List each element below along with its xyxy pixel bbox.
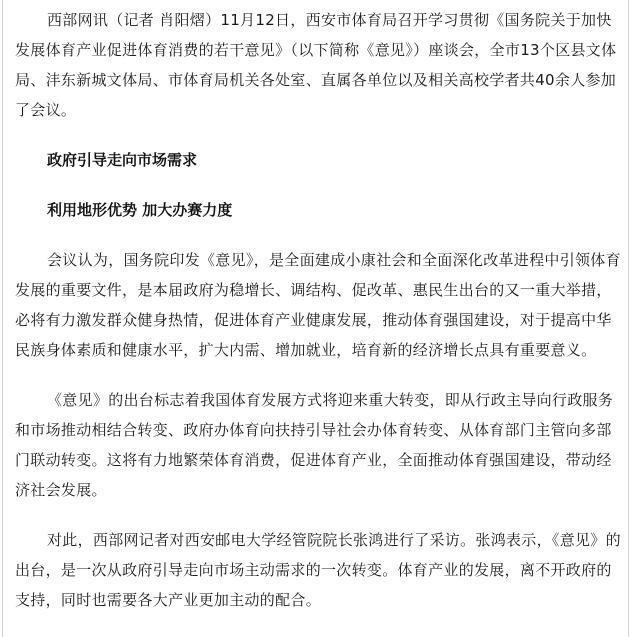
spacer	[15, 125, 625, 145]
spacer	[15, 225, 625, 245]
paragraph-intro: 西部网讯（记者 肖阳熠）11月12日，西安市体育局召开学习贯彻《国务院关于加快发…	[15, 5, 625, 125]
spacer	[15, 365, 625, 385]
paragraph-transformation: 《意见》的出台标志着我国体育发展方式将迎来重大转变，即从行政主导向行政服务和市场…	[15, 385, 625, 505]
subheading-terrain-advantage: 利用地形优势 加大办赛力度	[15, 195, 625, 225]
spacer	[15, 505, 625, 525]
paragraph-interview: 对此，西部网记者对西安邮电大学经管院院长张鸿进行了采访。张鸿表示，《意见》的出台…	[15, 525, 625, 615]
paragraph-meeting-view: 会议认为，国务院印发《意见》，是全面建成小康社会和全面深化改革进程中引领体育发展…	[15, 245, 625, 365]
spacer	[15, 175, 625, 195]
article-body: 西部网讯（记者 肖阳熠）11月12日，西安市体育局召开学习贯彻《国务院关于加快发…	[15, 5, 625, 615]
subheading-government-guidance: 政府引导走向市场需求	[15, 145, 625, 175]
